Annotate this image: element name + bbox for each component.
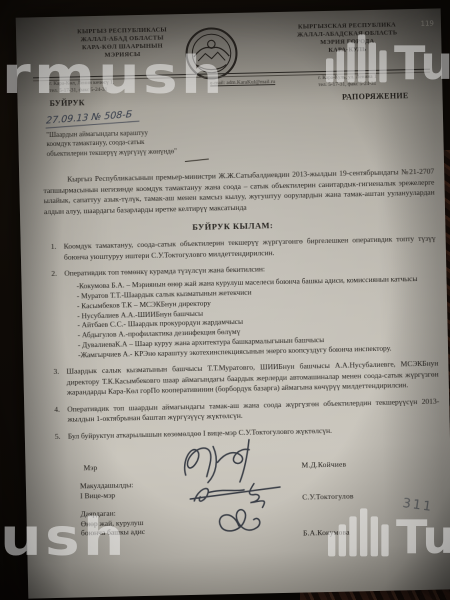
item-number: 3. <box>53 367 59 378</box>
item-number: 5. <box>55 431 61 442</box>
document-content: КЫРГЫЗ РЕСПУБЛИКАСЫ ЖАЛАЛ-АБАД ОБЛАСТЫ К… <box>16 8 450 598</box>
document-photo: 119 КЫРГЫЗ РЕСПУБЛИКАСЫ ЖАЛАЛ-АБАД ОБЛАС… <box>0 0 450 600</box>
contact-line: тел. 5-17-31, факс 5-24-31 <box>49 85 167 94</box>
letterhead-kyrgyz: КЫРГЫЗ РЕСПУБЛИКАСЫ ЖАЛАЛ-АБАД ОБЛАСТЫ К… <box>46 26 199 62</box>
subject-underline-dash <box>185 159 209 163</box>
contact-address-kyrgyz: г. Кара-Көл, Ленин көчөсү 1, тел. 5-17-3… <box>49 79 167 95</box>
item-text: Шаардык салык кызматынын башчысы Т.Т.Мур… <box>66 359 438 397</box>
order-preamble: Кыргыз Республикасынын премьер-министри … <box>43 167 435 218</box>
contact-email: e-mail: adm.KaraKul@mail.ru <box>168 76 318 92</box>
vice-mayor-label: I Вице-мэр <box>80 490 134 501</box>
mayor-name: М.Д.Койчиев <box>301 460 346 470</box>
specialist-name: Б.А.Кокумова <box>303 528 350 538</box>
order-document-paper: 119 КЫРГЫЗ РЕСПУБЛИКАСЫ ЖАЛАЛ-АБАД ОБЛАС… <box>16 8 450 598</box>
letterhead: КЫРГЫЗ РЕСПУБЛИКАСЫ ЖАЛАЛ-АБАД ОБЛАСТЫ К… <box>46 21 436 62</box>
order-label-kyrgyz: БУЙРУК <box>49 98 84 108</box>
handwritten-date-number: 27.09.13 № 508-Б <box>46 108 141 128</box>
item-number: 4. <box>54 404 60 415</box>
order-subject: "Шаардын аймагындагы караштуу коомдук та… <box>46 127 232 160</box>
operative-group-members: -Кокумова Б.А. – Мэриянын өнөр жай жана … <box>72 273 438 360</box>
prepared-by-label: Даярдаган: Өнөр жай, курулуш боюнча башк… <box>80 508 145 538</box>
order-item-4: 4. Оперативдик топ шаардын аймагындагы т… <box>54 396 439 425</box>
mayor-label: Мэр <box>83 463 97 473</box>
contact-line: тел. 5-17-31, факс 5-24-31 <box>318 80 436 89</box>
item-number: 2. <box>51 269 57 280</box>
handwritten-margin-note: 311 <box>402 496 435 515</box>
order-label-russian: РАПОРЯЖЕНИЕ <box>342 91 409 101</box>
order-item-2: 2. Оперативдик топ төмөнкү курамда түзүл… <box>51 261 438 361</box>
contact-address-russian: г. Кара-Куль, ул. Ленина 1 тел. 5-17-31,… <box>318 73 436 89</box>
prepared-label-line: боюнча башкы адис <box>81 527 145 538</box>
item-number: 1. <box>51 242 57 253</box>
letterhead-russian: КЫРГЫЗСКАЯ РЕСПУБЛИКА ЖАЛАЛ-АБАДСКАЯ ОБЛ… <box>261 21 434 57</box>
signature-block: Мэр М.Д.Койчиев Макулдашылды: I Вице-мэр… <box>49 440 448 553</box>
agreed-label: Макулдашылды: I Вице-мэр <box>80 480 134 500</box>
order-heading: БУЙРУК КЫЛАМ: <box>44 218 421 235</box>
item-text: Оперативдик топ шаардын аймагындагы тама… <box>67 396 439 424</box>
item-text: Оперативдик топ төмөнкү курамда түзүлсүн… <box>64 265 265 278</box>
specialist-signature <box>208 503 279 545</box>
vice-mayor-name: С.У.Токтогулов <box>302 492 354 502</box>
item-text: Коомдук тамактануу, соода-сатык объектил… <box>64 234 436 262</box>
email-text: e-mail: adm.KaraKul@mail.ru <box>210 79 275 86</box>
agreed-label-line: Макулдашылды: <box>80 480 134 491</box>
order-item-3: 3. Шаардык салык кызматынын башчысы Т.Т.… <box>53 359 439 399</box>
order-item-1: 1. Коомдук тамактануу, соода-сатык объек… <box>51 234 436 263</box>
